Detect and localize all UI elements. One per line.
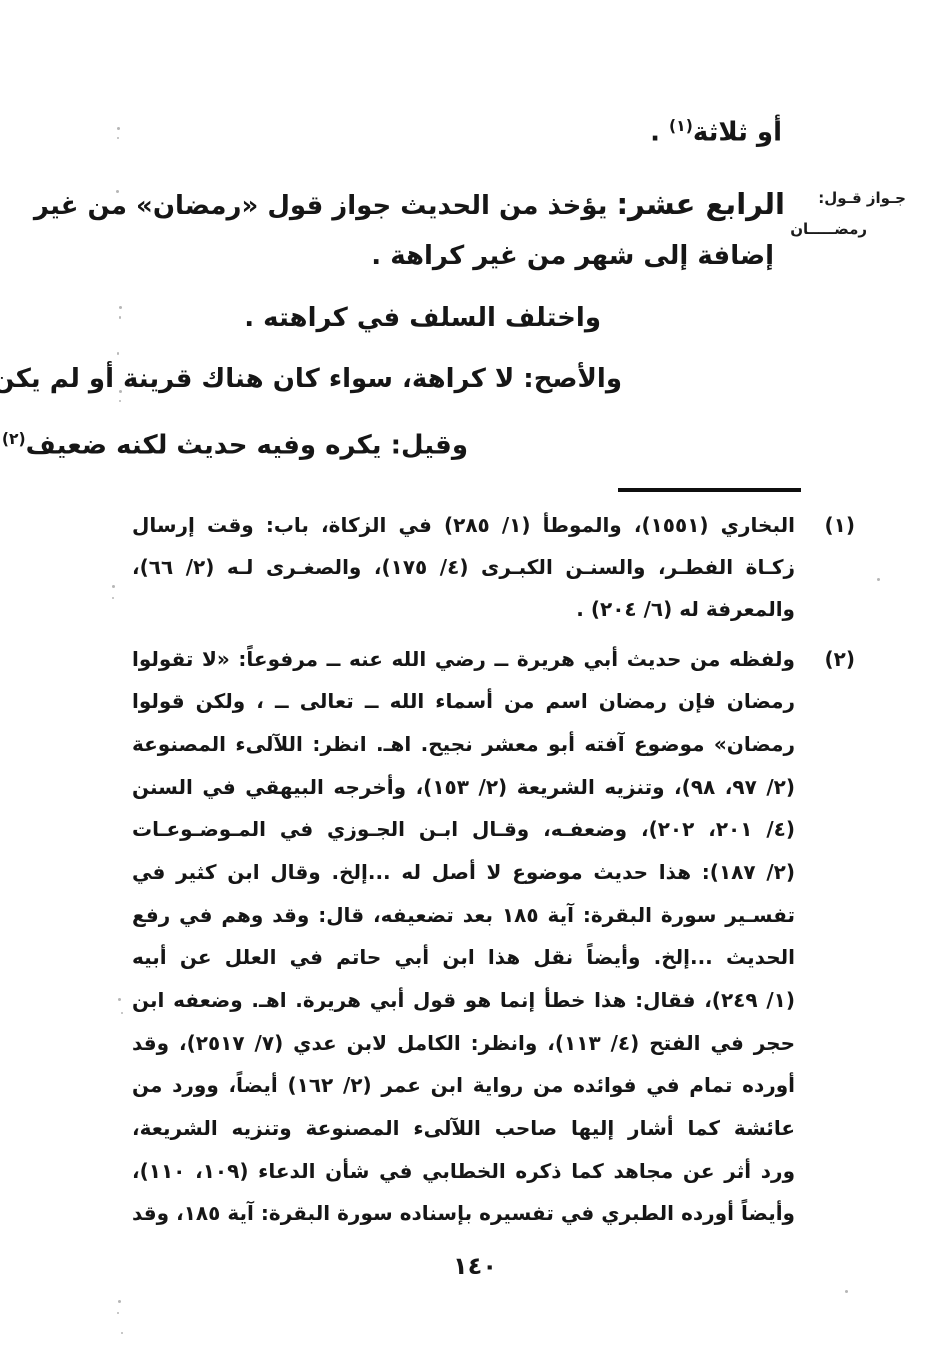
margin-note-line-1: جـواز قـول:	[818, 189, 906, 207]
scan-speck	[117, 137, 119, 139]
footnote-2-line: الحديث ...إلخ. وأيضاً نقل هذا ابن أبي حا…	[132, 938, 795, 976]
paragraph-1-line-2: إضافة إلى شهر من غير كراهة .	[371, 236, 774, 276]
scan-speck	[877, 578, 880, 581]
footnote-2-line: عائشة كما أشار إليها صاحب اللآلىء المصنو…	[132, 1109, 795, 1147]
paragraph-4: وقيل: يكره وفيه حديث لكنه ضعيف(٢) .	[0, 419, 468, 466]
paragraph-3: والأصح: لا كراهة، سواء كان هناك قرينة أو…	[0, 359, 622, 399]
footnote-divider	[618, 488, 801, 492]
scan-speck	[119, 400, 121, 402]
footnote-2-line: (١/ ٢٤٩)، فقال: هذا خطأ إنما هو قول أبي …	[132, 981, 795, 1019]
scan-speck	[118, 1300, 121, 1303]
scanned-book-page: أو ثلاثة(١) . جـواز قـول: رمضـــــان الر…	[0, 0, 942, 1366]
paragraph-1-line-1-rest: يؤخذ من الحديث جواز قول «رمضان» من غير	[34, 191, 617, 221]
margin-note-line-2: رمضـــــان	[790, 220, 867, 238]
footnote-2-line: أورده تمام في فوائده من رواية ابن عمر (٢…	[132, 1066, 795, 1104]
scan-speck	[112, 585, 115, 588]
paragraph-2: واختلف السلف في كراهته .	[244, 298, 601, 338]
scan-speck	[112, 597, 114, 599]
footnote-2-line: (٤/ ٢٠١، ٢٠٢)، وضعفـه، وقـال ابـن الجـوز…	[132, 810, 795, 848]
opening-line-period: .	[650, 118, 669, 148]
footnote-2-marker: (٢)	[825, 640, 856, 678]
footnote-2-line: (٢/ ٩٧، ٩٨)، وتنزيه الشريعة (٢/ ١٥٣)، وأ…	[132, 768, 795, 806]
footnote-1-line: والمعرفة له (٦/ ٢٠٤) .	[132, 590, 795, 628]
scan-speck	[119, 390, 122, 393]
scan-speck	[845, 1290, 848, 1293]
footnote-2-line: ورد أثر عن مجاهد كما ذكره الخطابي في شأن…	[132, 1152, 795, 1190]
scan-speck	[119, 316, 121, 319]
footnote-2-line: وأيضاً أورده الطبري في تفسيره بإسناده سو…	[132, 1194, 795, 1232]
footnote-ref-2: (٢)	[2, 430, 26, 448]
footnote-2-line: رمضان» موضوع آفته أبو معشر نجيح. اهـ. ان…	[132, 725, 795, 763]
opening-line-text: أو ثلاثة	[693, 118, 782, 148]
footnote-1-line: البخاري (١٥٥١)، والموطأ (١/ ٢٨٥) في الزك…	[132, 506, 795, 544]
scan-speck	[119, 306, 122, 309]
scan-speck	[117, 1312, 119, 1314]
page-number: ١٤٠	[440, 1252, 510, 1280]
scan-speck	[117, 352, 119, 355]
scan-speck	[121, 1012, 123, 1014]
scan-speck	[118, 998, 121, 1001]
scan-speck	[121, 1332, 123, 1334]
footnote-2-line: ولفظه من حديث أبي هريرة ــ رضي الله عنه …	[132, 640, 795, 678]
paragraph-4-text: وقيل: يكره وفيه حديث لكنه ضعيف	[26, 431, 468, 461]
footnote-1-marker: (١)	[825, 506, 856, 544]
opening-line: أو ثلاثة(١) .	[650, 106, 782, 153]
footnote-ref-1: (١)	[669, 117, 693, 135]
footnote-2-line: (٢/ ١٨٧): هذا حديث موضوع لا أصل له ...إل…	[132, 853, 795, 891]
footnote-2-line: رمضان فإن رمضان اسم من أسماء الله ــ تعا…	[132, 682, 795, 720]
footnote-2-line: تفسـير سورة البقرة: آية ١٨٥ بعد تضعيفه، …	[132, 896, 795, 934]
scan-speck	[116, 190, 119, 193]
paragraph-1-lead: الرابع عشر:	[616, 187, 785, 221]
scan-speck	[117, 127, 120, 130]
paragraph-1-line-1: الرابع عشر: يؤخذ من الحديث جواز قول «رمض…	[34, 184, 785, 226]
footnote-2-line: حجر في الفتح (٤/ ١١٣)، وانظر: الكامل لاب…	[132, 1024, 795, 1062]
footnote-1-line: زكـاة الفطـر، والسنـن الكبـرى (٤/ ١٧٥)، …	[132, 548, 795, 586]
